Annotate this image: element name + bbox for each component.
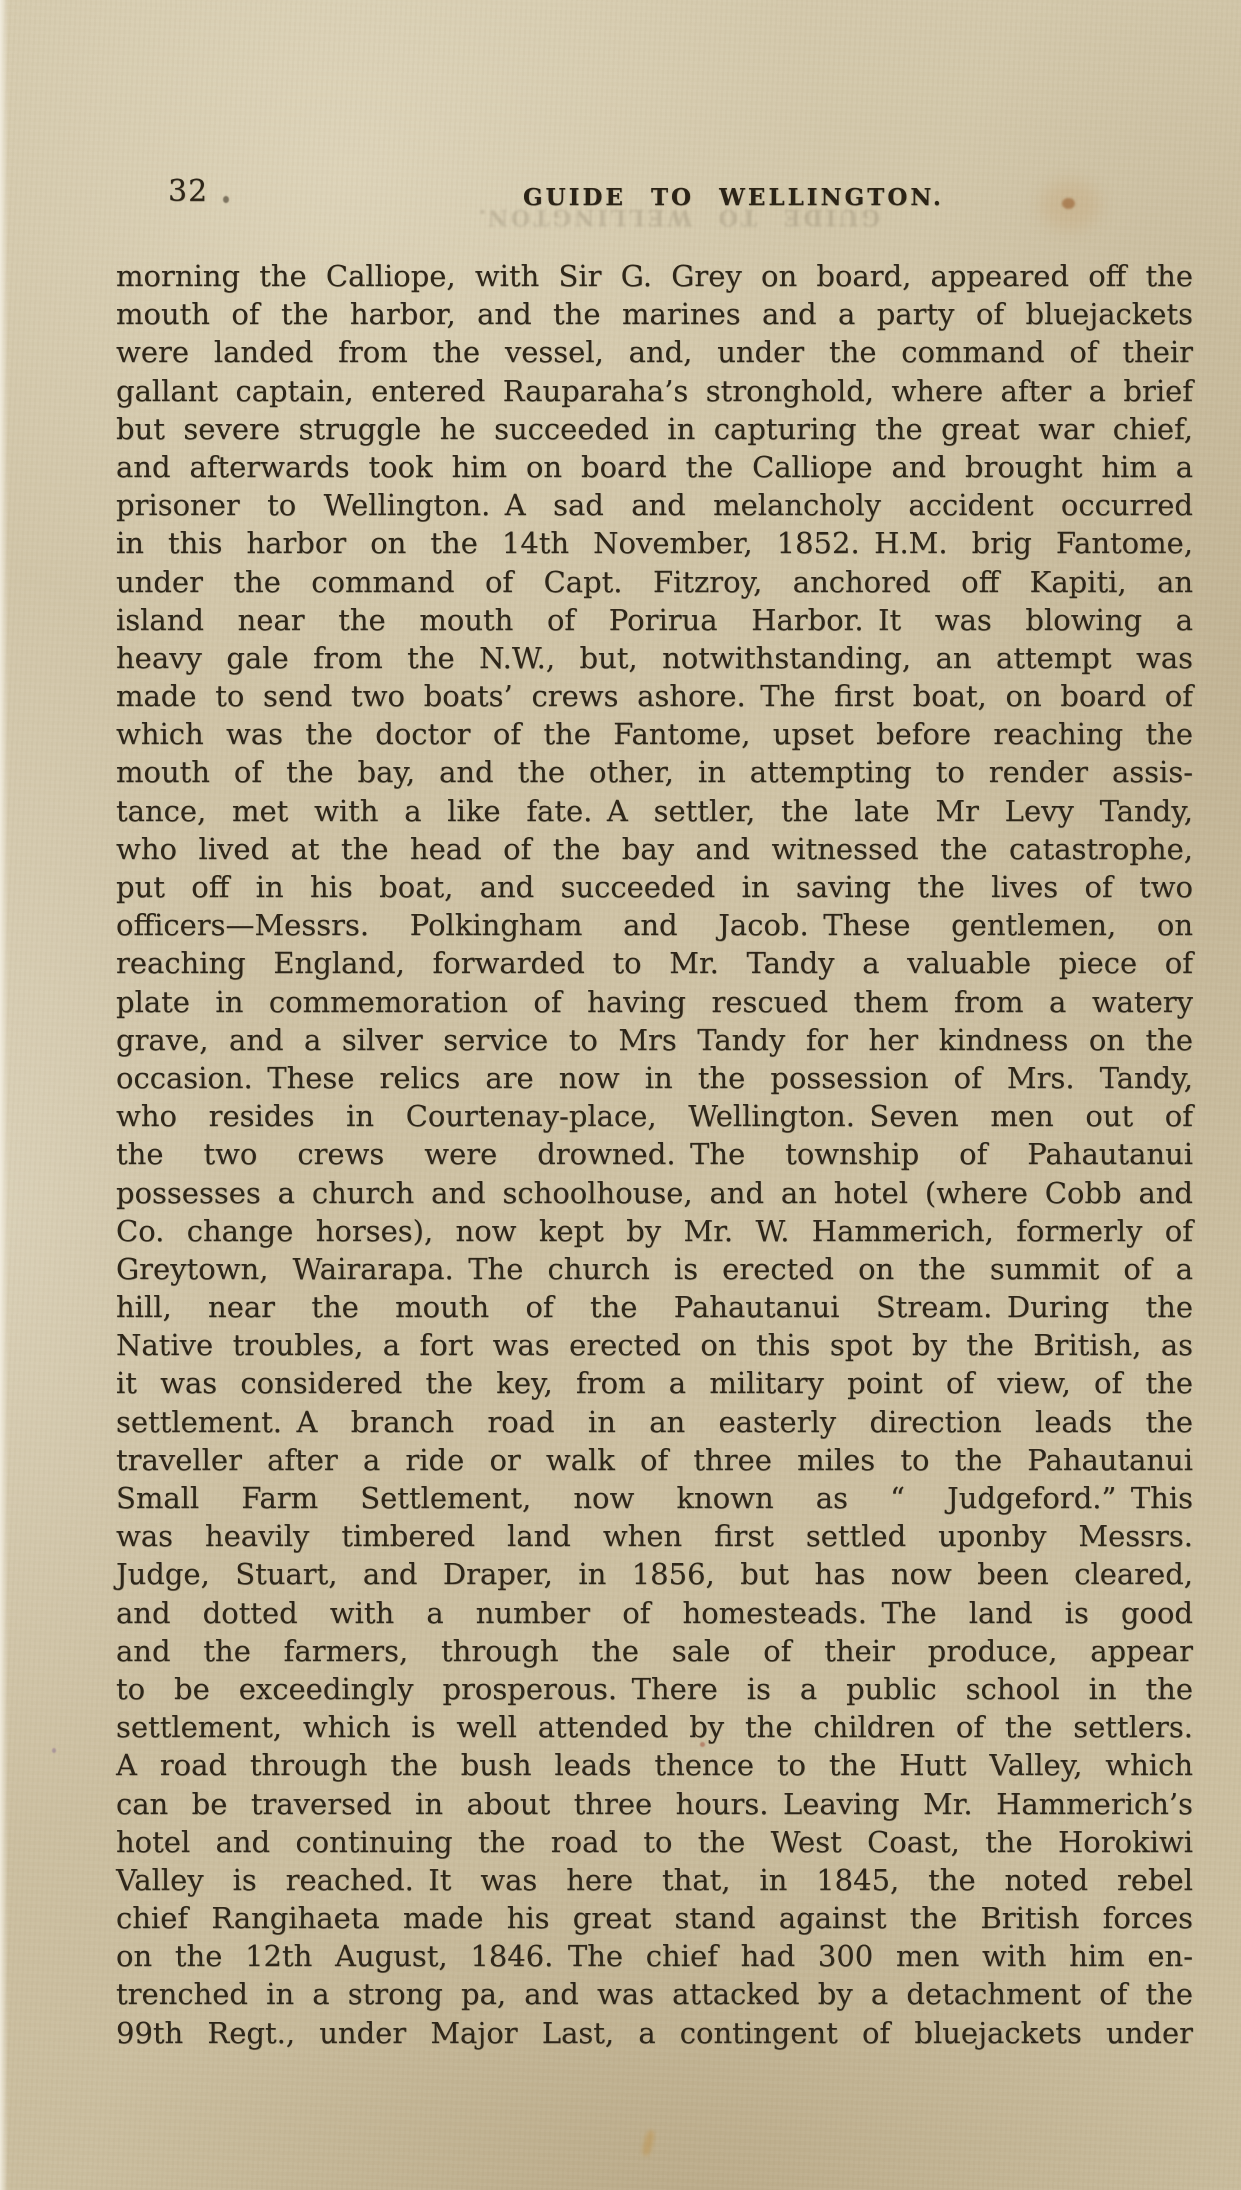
body-line: under the command of Capt. Fitzroy, anch… bbox=[116, 563, 1193, 601]
body-line: and afterwards took him on board the Cal… bbox=[116, 448, 1193, 486]
body-line: settlement, which is well attended by th… bbox=[116, 1708, 1193, 1746]
body-line: Native troubles, a fort was erected on t… bbox=[116, 1326, 1193, 1364]
body-line: chief Rangihaeta made his great stand ag… bbox=[116, 1899, 1193, 1937]
body-line: made to send two boats’ crews ashore. Th… bbox=[116, 677, 1193, 715]
body-line: possesses a church and schoolhouse, and … bbox=[116, 1174, 1193, 1212]
stain bbox=[1062, 198, 1075, 209]
body-line: morning the Calliope, with Sir G. Grey o… bbox=[116, 257, 1193, 295]
body-line: prisoner to Wellington. A sad and melanc… bbox=[116, 486, 1193, 524]
body-line: hotel and continuing the road to the Wes… bbox=[116, 1823, 1193, 1861]
stain bbox=[52, 1748, 56, 1753]
scan-edge-highlight bbox=[0, 0, 8, 2190]
body-line: settlement. A branch road in an easterly… bbox=[116, 1403, 1193, 1441]
stain bbox=[223, 196, 229, 203]
stain bbox=[641, 2129, 656, 2156]
body-line: on the 12th August, 1846. The chief had … bbox=[116, 1937, 1193, 1975]
body-line: the two crews were drowned. The township… bbox=[116, 1135, 1193, 1173]
body-line: and the farmers, through the sale of the… bbox=[116, 1632, 1193, 1670]
body-line: 99th Regt., under Major Last, a continge… bbox=[116, 2014, 1193, 2052]
body-line: occasion. These relics are now in the po… bbox=[116, 1059, 1193, 1097]
body-line: was heavily timbered land when first set… bbox=[116, 1517, 1193, 1555]
body-line: plate in commemoration of having rescued… bbox=[116, 983, 1193, 1021]
book-page: 32 GUIDE TO WELLINGTON. GUIDE TO WELLING… bbox=[0, 0, 1241, 2190]
body-line: officers—Messrs. Polkingham and Jacob. T… bbox=[116, 906, 1193, 944]
body-line: Greytown, Wairarapa. The church is erect… bbox=[116, 1250, 1193, 1288]
body-line: mouth of the bay, and the other, in atte… bbox=[116, 753, 1193, 791]
body-line: tance, met with a like fate. A settler, … bbox=[116, 792, 1193, 830]
body-line: traveller after a ride or walk of three … bbox=[116, 1441, 1193, 1479]
body-text: morning the Calliope, with Sir G. Grey o… bbox=[116, 257, 1193, 2052]
body-line: reaching England, forwarded to Mr. Tandy… bbox=[116, 944, 1193, 982]
body-line: Valley is reached. It was here that, in … bbox=[116, 1861, 1193, 1899]
body-line: it was considered the key, from a milita… bbox=[116, 1364, 1193, 1402]
body-line: heavy gale from the N.W., but, notwithst… bbox=[116, 639, 1193, 677]
body-line: who resides in Courtenay-place, Wellingt… bbox=[116, 1097, 1193, 1135]
body-line: hill, near the mouth of the Pahautanui S… bbox=[116, 1288, 1193, 1326]
body-line: put off in his boat, and succeeded in sa… bbox=[116, 868, 1193, 906]
body-line: grave, and a silver service to Mrs Tandy… bbox=[116, 1021, 1193, 1059]
body-line: island near the mouth of Porirua Harbor.… bbox=[116, 601, 1193, 639]
body-line: A road through the bush leads thence to … bbox=[116, 1746, 1193, 1784]
running-title: GUIDE TO WELLINGTON. bbox=[523, 184, 887, 211]
body-line: in this harbor on the 14th November, 185… bbox=[116, 524, 1193, 562]
body-line: and dotted with a number of homesteads. … bbox=[116, 1594, 1193, 1632]
body-line: who lived at the head of the bay and wit… bbox=[116, 830, 1193, 868]
body-line: Co. change horses), now kept by Mr. W. H… bbox=[116, 1212, 1193, 1250]
body-line: can be traversed in about three hours. L… bbox=[116, 1785, 1193, 1823]
stain bbox=[1040, 180, 1100, 230]
body-line: Judge, Stuart, and Draper, in 1856, but … bbox=[116, 1555, 1193, 1593]
body-line: trenched in a strong pa, and was attacke… bbox=[116, 1975, 1193, 2013]
body-line: Small Farm Settlement, now known as “ Ju… bbox=[116, 1479, 1193, 1517]
body-line: which was the doctor of the Fantome, ups… bbox=[116, 715, 1193, 753]
body-line: but severe struggle he succeeded in capt… bbox=[116, 410, 1193, 448]
body-line: gallant captain, entered Rauparaha’s str… bbox=[116, 372, 1193, 410]
body-line: were landed from the vessel, and, under … bbox=[116, 333, 1193, 371]
body-line: mouth of the harbor, and the marines and… bbox=[116, 295, 1193, 333]
page-number: 32 bbox=[168, 174, 208, 209]
body-line: to be exceedingly prosperous. There is a… bbox=[116, 1670, 1193, 1708]
